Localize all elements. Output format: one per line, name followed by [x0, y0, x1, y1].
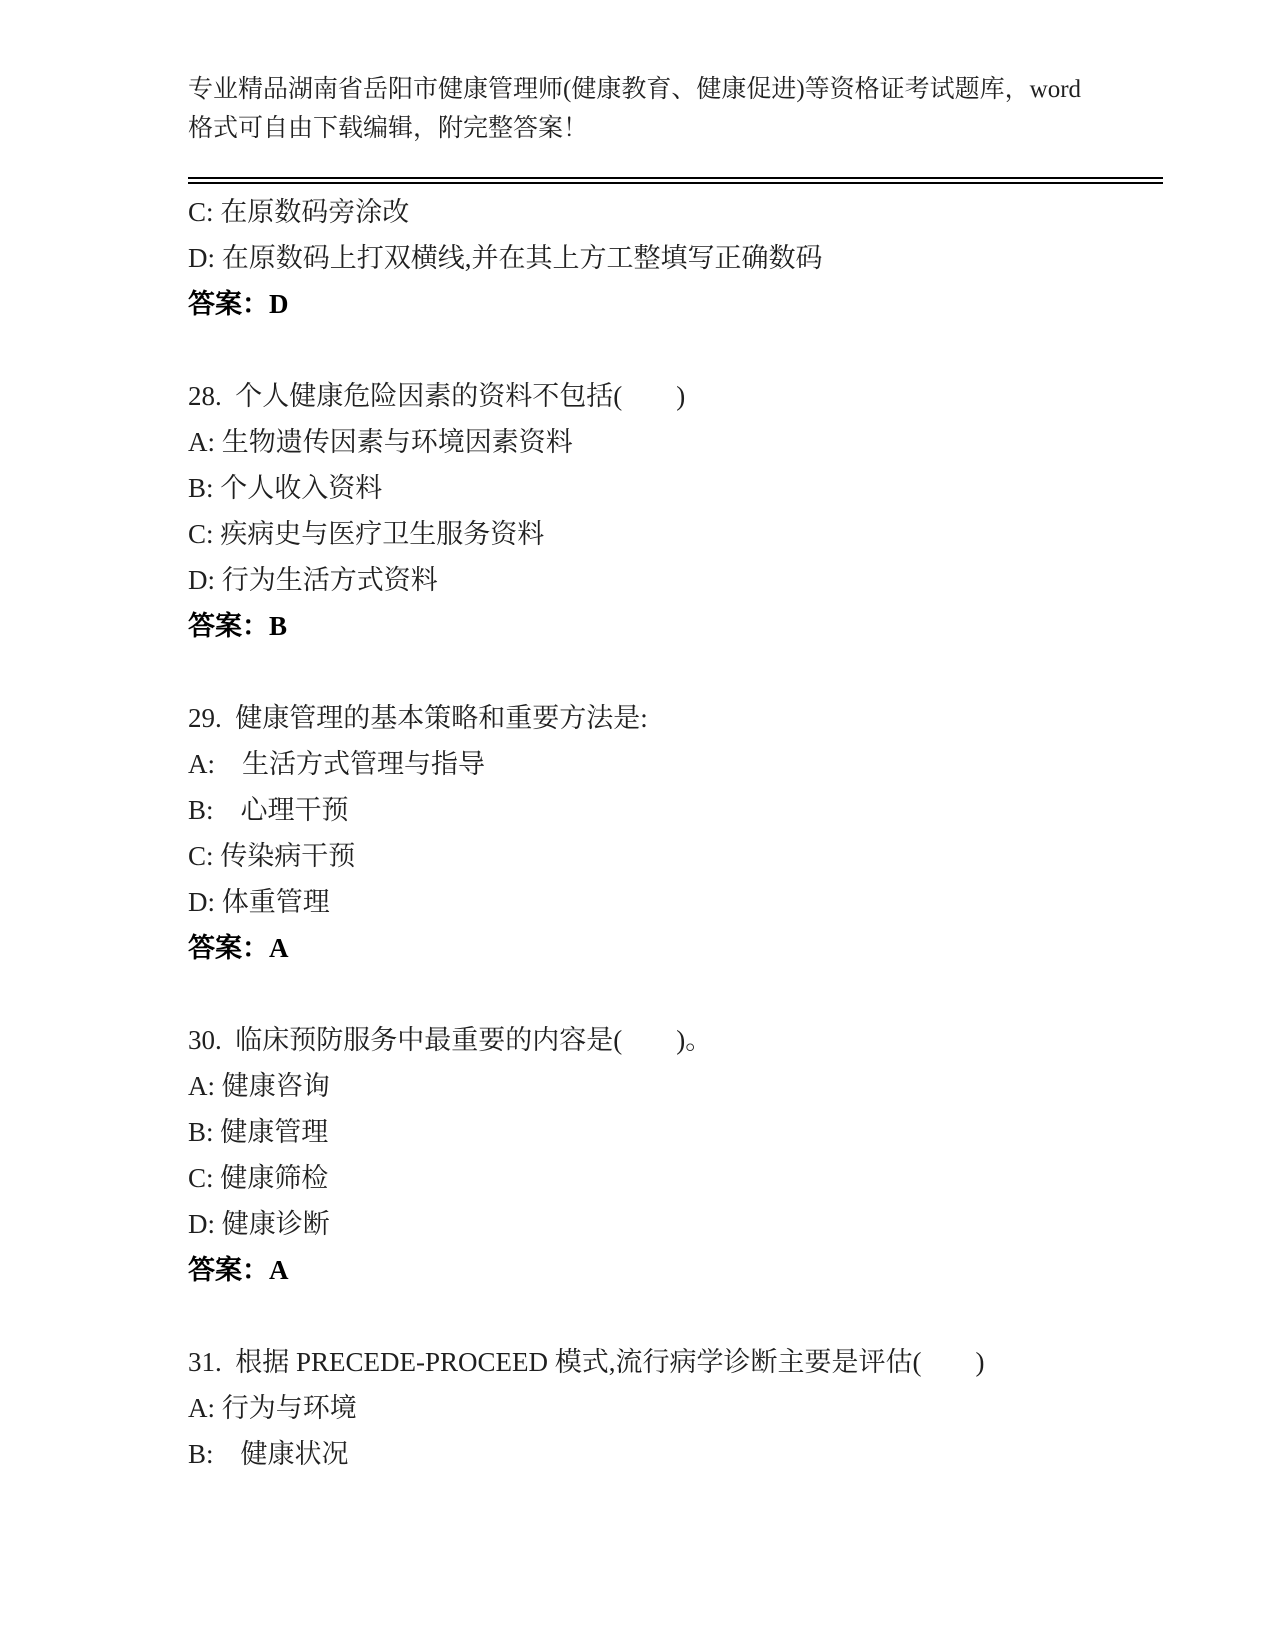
option-line-a: A: 生活方式管理与指导	[188, 741, 1175, 787]
question-block-31: 31. 根据 PRECEDE-PROCEED 模式,流行病学诊断主要是评估( )…	[188, 1339, 1175, 1477]
option-line-d: D: 行为生活方式资料	[188, 557, 1175, 603]
option-line-a: A: 生物遗传因素与环境因素资料	[188, 419, 1175, 465]
option-line-a: A: 行为与环境	[188, 1385, 1175, 1431]
document-body: C: 在原数码旁涂改 D: 在原数码上打双横线,并在其上方工整填写正确数码 答案…	[188, 189, 1175, 1523]
option-line-d: D: 体重管理	[188, 879, 1175, 925]
option-line-c: C: 在原数码旁涂改	[188, 189, 1175, 235]
option-line-b: B: 健康状况	[188, 1431, 1175, 1477]
header-divider-double-rule	[188, 177, 1163, 184]
option-line-d: D: 健康诊断	[188, 1201, 1175, 1247]
answer-line: 答案：A	[188, 925, 1175, 971]
option-line-c: C: 健康筛检	[188, 1155, 1175, 1201]
question-line: 31. 根据 PRECEDE-PROCEED 模式,流行病学诊断主要是评估( )	[188, 1339, 1175, 1385]
page-header: 专业精品湖南省岳阳市健康管理师(健康教育、健康促进)等资格证考试题库，word …	[188, 70, 1165, 148]
answer-line: 答案：A	[188, 1247, 1175, 1293]
document-page: 专业精品湖南省岳阳市健康管理师(健康教育、健康促进)等资格证考试题库，word …	[0, 0, 1275, 1650]
option-line-b: B: 心理干预	[188, 787, 1175, 833]
header-line-2: 格式可自由下载编辑，附完整答案！	[188, 109, 1165, 148]
option-line-b: B: 个人收入资料	[188, 465, 1175, 511]
question-block-27-options: C: 在原数码旁涂改 D: 在原数码上打双横线,并在其上方工整填写正确数码 答案…	[188, 189, 1175, 327]
option-line-c: C: 疾病史与医疗卫生服务资料	[188, 511, 1175, 557]
question-block-30: 30. 临床预防服务中最重要的内容是( )。 A: 健康咨询 B: 健康管理 C…	[188, 1017, 1175, 1293]
question-line: 29. 健康管理的基本策略和重要方法是:	[188, 695, 1175, 741]
header-line-1: 专业精品湖南省岳阳市健康管理师(健康教育、健康促进)等资格证考试题库，word	[188, 70, 1165, 109]
question-block-28: 28. 个人健康危险因素的资料不包括( ) A: 生物遗传因素与环境因素资料 B…	[188, 373, 1175, 649]
question-block-29: 29. 健康管理的基本策略和重要方法是: A: 生活方式管理与指导 B: 心理干…	[188, 695, 1175, 971]
option-line-a: A: 健康咨询	[188, 1063, 1175, 1109]
question-line: 28. 个人健康危险因素的资料不包括( )	[188, 373, 1175, 419]
option-line-d: D: 在原数码上打双横线,并在其上方工整填写正确数码	[188, 235, 1175, 281]
option-line-b: B: 健康管理	[188, 1109, 1175, 1155]
option-line-c: C: 传染病干预	[188, 833, 1175, 879]
question-line: 30. 临床预防服务中最重要的内容是( )。	[188, 1017, 1175, 1063]
answer-line: 答案：B	[188, 603, 1175, 649]
answer-line: 答案：D	[188, 281, 1175, 327]
